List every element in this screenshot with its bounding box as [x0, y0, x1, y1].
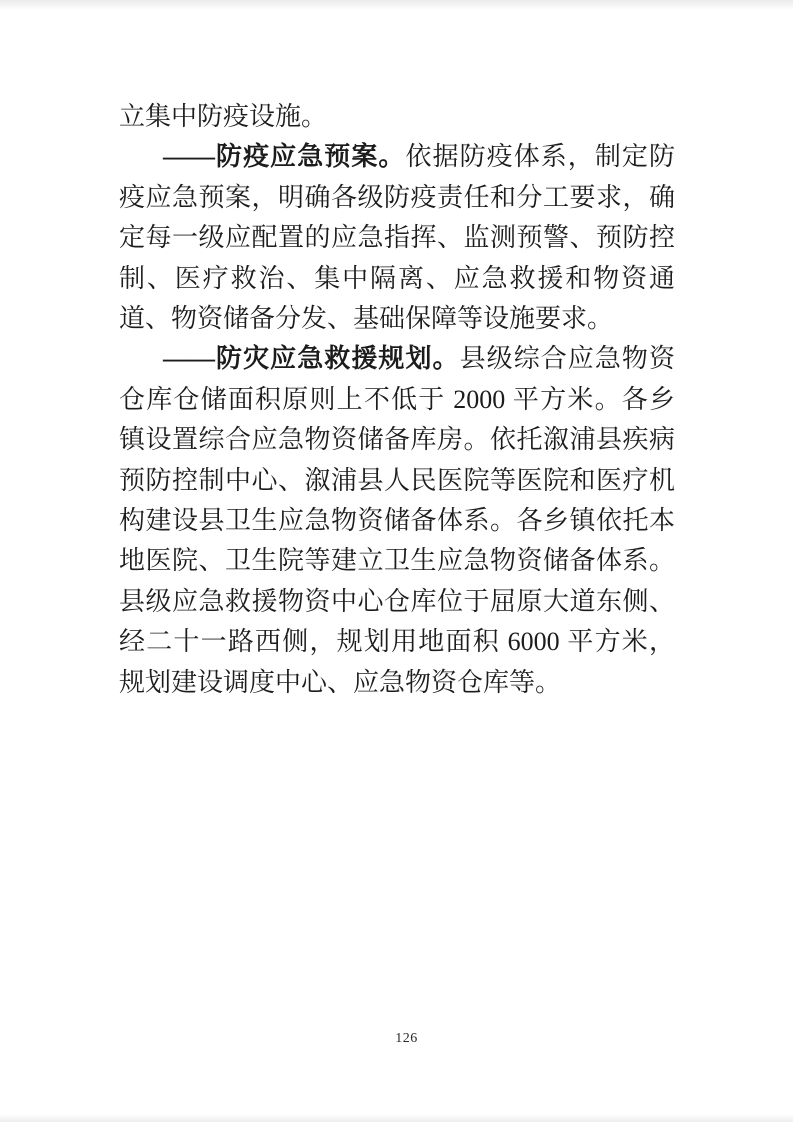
- paragraph-epidemic-emergency-plan: ——防疫应急预案。依据防疫体系，制定防疫应急预案，明确各级防疫责任和分工要求，确…: [119, 137, 675, 339]
- document-page: 立集中防疫设施。 ——防疫应急预案。依据防疫体系，制定防疫应急预案，明确各级防疫…: [0, 0, 793, 1122]
- paragraph-continuation: 立集中防疫设施。: [119, 97, 675, 137]
- paragraph-disaster-relief-plan: ——防灾应急救援规划。县级综合应急物资仓库仓储面积原则上不低于 2000 平方米…: [119, 339, 675, 703]
- document-body: 立集中防疫设施。 ——防疫应急预案。依据防疫体系，制定防疫应急预案，明确各级防疫…: [119, 97, 675, 703]
- page-number: 126: [0, 1031, 793, 1047]
- paragraph-text: 立集中防疫设施。: [119, 102, 327, 131]
- scan-shadow-top: [0, 0, 793, 10]
- paragraph-text: 县级综合应急物资仓库仓储面积原则上不低于 2000 平方米。各乡镇设置综合应急物…: [119, 344, 675, 696]
- scan-shadow-bottom: [0, 1114, 793, 1122]
- paragraph-lead-bold: ——防疫应急预案。: [163, 142, 405, 171]
- paragraph-lead-bold: ——防灾应急救援规划。: [163, 344, 460, 373]
